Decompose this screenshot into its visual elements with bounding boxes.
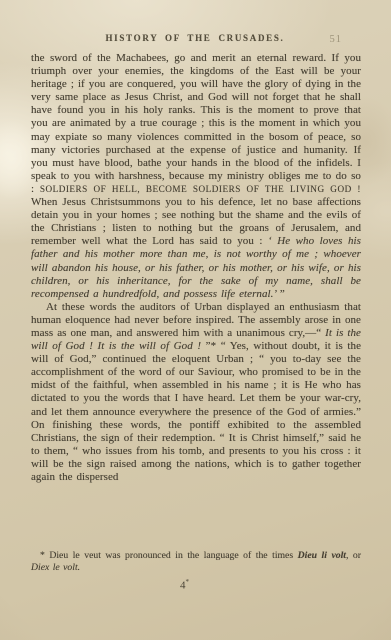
signature-mark: 4* [0,578,369,592]
running-header-title: HISTORY OF THE CRUSADES. [30,33,360,43]
book-page-scan: HISTORY OF THE CRUSADES. 51 the sword of… [0,0,391,640]
text-segment: ” [280,288,285,300]
body-text: the sword of the Machabees, go and merit… [31,52,361,484]
text-segment: * Dieu le veut was pronounced in the lan… [40,550,298,561]
text-segment: , or [346,550,361,561]
paragraph: At these words the auditors of Urban dis… [31,301,361,484]
running-header: HISTORY OF THE CRUSADES. 51 [30,33,360,48]
paragraph: * Dieu le veut was pronounced in the lan… [31,550,361,574]
paragraph: the sword of the Machabees, go and merit… [31,52,361,301]
page-number: 51 [330,34,343,45]
footnote: * Dieu le veut was pronounced in the lan… [31,550,361,574]
text-segment: Diex le volt. [31,562,80,573]
text-segment: Dieu li volt [298,550,346,561]
signature-asterisk: * [186,578,190,586]
text-segment: SOLDIERS OF HELL, BECOME SOLDIERS OF THE… [40,184,361,194]
text-segment: ”* “ Yes, without doubt, it is the will … [31,340,361,483]
text-segment: the sword of the Machabees, go and merit… [31,52,361,195]
text-segment: At these words the auditors of Urban dis… [31,301,361,339]
